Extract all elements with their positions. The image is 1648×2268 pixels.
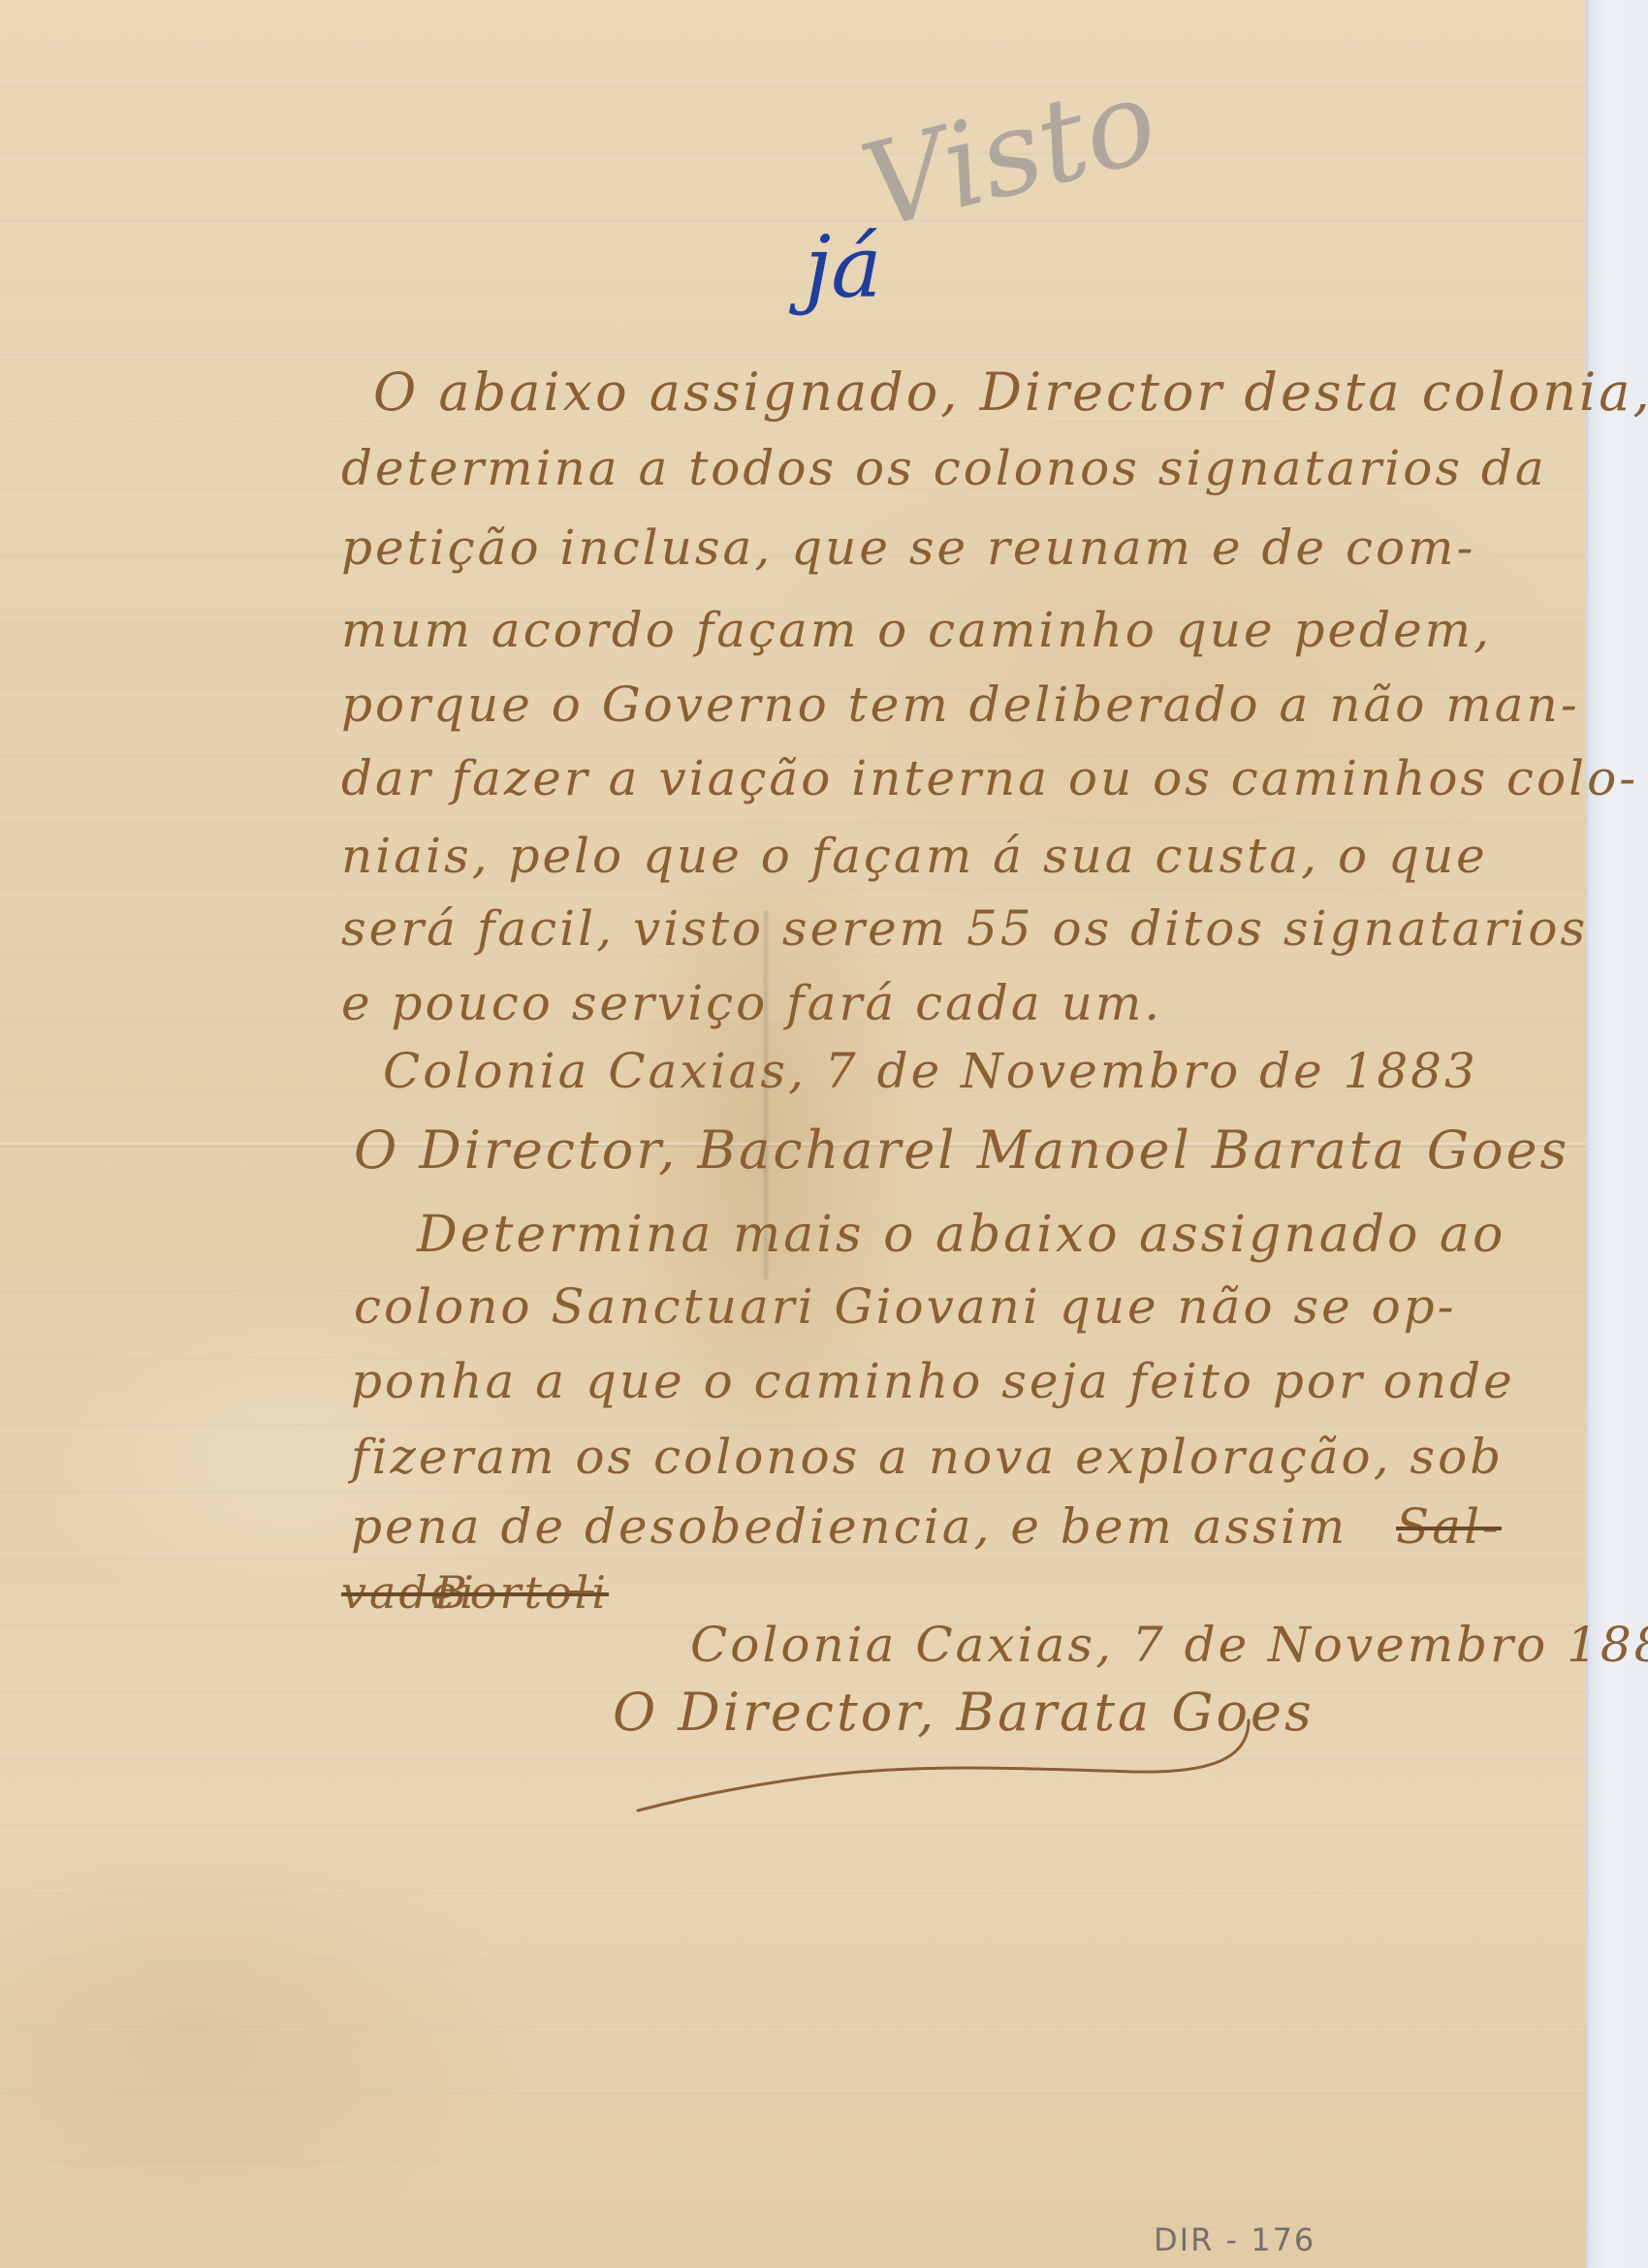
pencil-annotation: Visto [852, 63, 1167, 247]
paragraph-1-signature: O Director, Bacharel Manoel Barata Goes [354, 1124, 1569, 1177]
paragraph-1-line-1: O abaixo assignado, Director desta colon… [373, 366, 1648, 419]
paragraph-2-line-4: fizeram os colonos a nova exploração, so… [351, 1433, 1504, 1481]
paragraph-2-line-1: Determina mais o abaixo assignado ao [417, 1210, 1505, 1260]
paragraph-1-line-3: petição inclusa, que se reunam e de com- [341, 523, 1475, 572]
archive-reference-number: DIR - 176 [1154, 2224, 1315, 2255]
paragraph-1-line-7: niais, pelo que o façam á sua custa, o q… [341, 832, 1488, 880]
scanner-backing [1586, 0, 1648, 2268]
struck-word-1: Sal- [1396, 1502, 1502, 1551]
paragraph-1-line-4: mum acordo façam o caminho que pedem, [341, 606, 1492, 654]
signature-flourish [628, 1667, 1258, 1812]
dash-stroke [567, 1591, 594, 1593]
paragraph-1-line-2: determina a todos os colonos signatarios… [341, 444, 1547, 492]
paragraph-2-line-3: ponha a que o caminho seja feito por ond… [351, 1357, 1515, 1405]
paragraph-1-date-line: Colonia Caxias, 7 de Novembro de 1883 [383, 1047, 1478, 1095]
paragraph-1-line-5: porque o Governo tem deliberado a não ma… [341, 680, 1580, 729]
paragraph-1-line-6: dar fazer a viação interna ou os caminho… [341, 754, 1638, 803]
paragraph-2-line-5: pena de desobediencia, e bem assim [351, 1502, 1347, 1551]
paragraph-2-line-2: colono Sanctuari Giovani que não se op- [354, 1282, 1457, 1331]
manuscript-page: Visto já O abaixo assignado, Director de… [0, 0, 1586, 2268]
paragraph-1-line-9: e pouco serviço fará cada um. [341, 979, 1162, 1027]
blue-ink-annotation: já [805, 225, 882, 310]
paragraph-1-line-8: será facil, visto serem 55 os ditos sign… [341, 904, 1588, 953]
paragraph-2-date-line: Colonia Caxias, 7 de Novembro 1883 [690, 1621, 1648, 1669]
